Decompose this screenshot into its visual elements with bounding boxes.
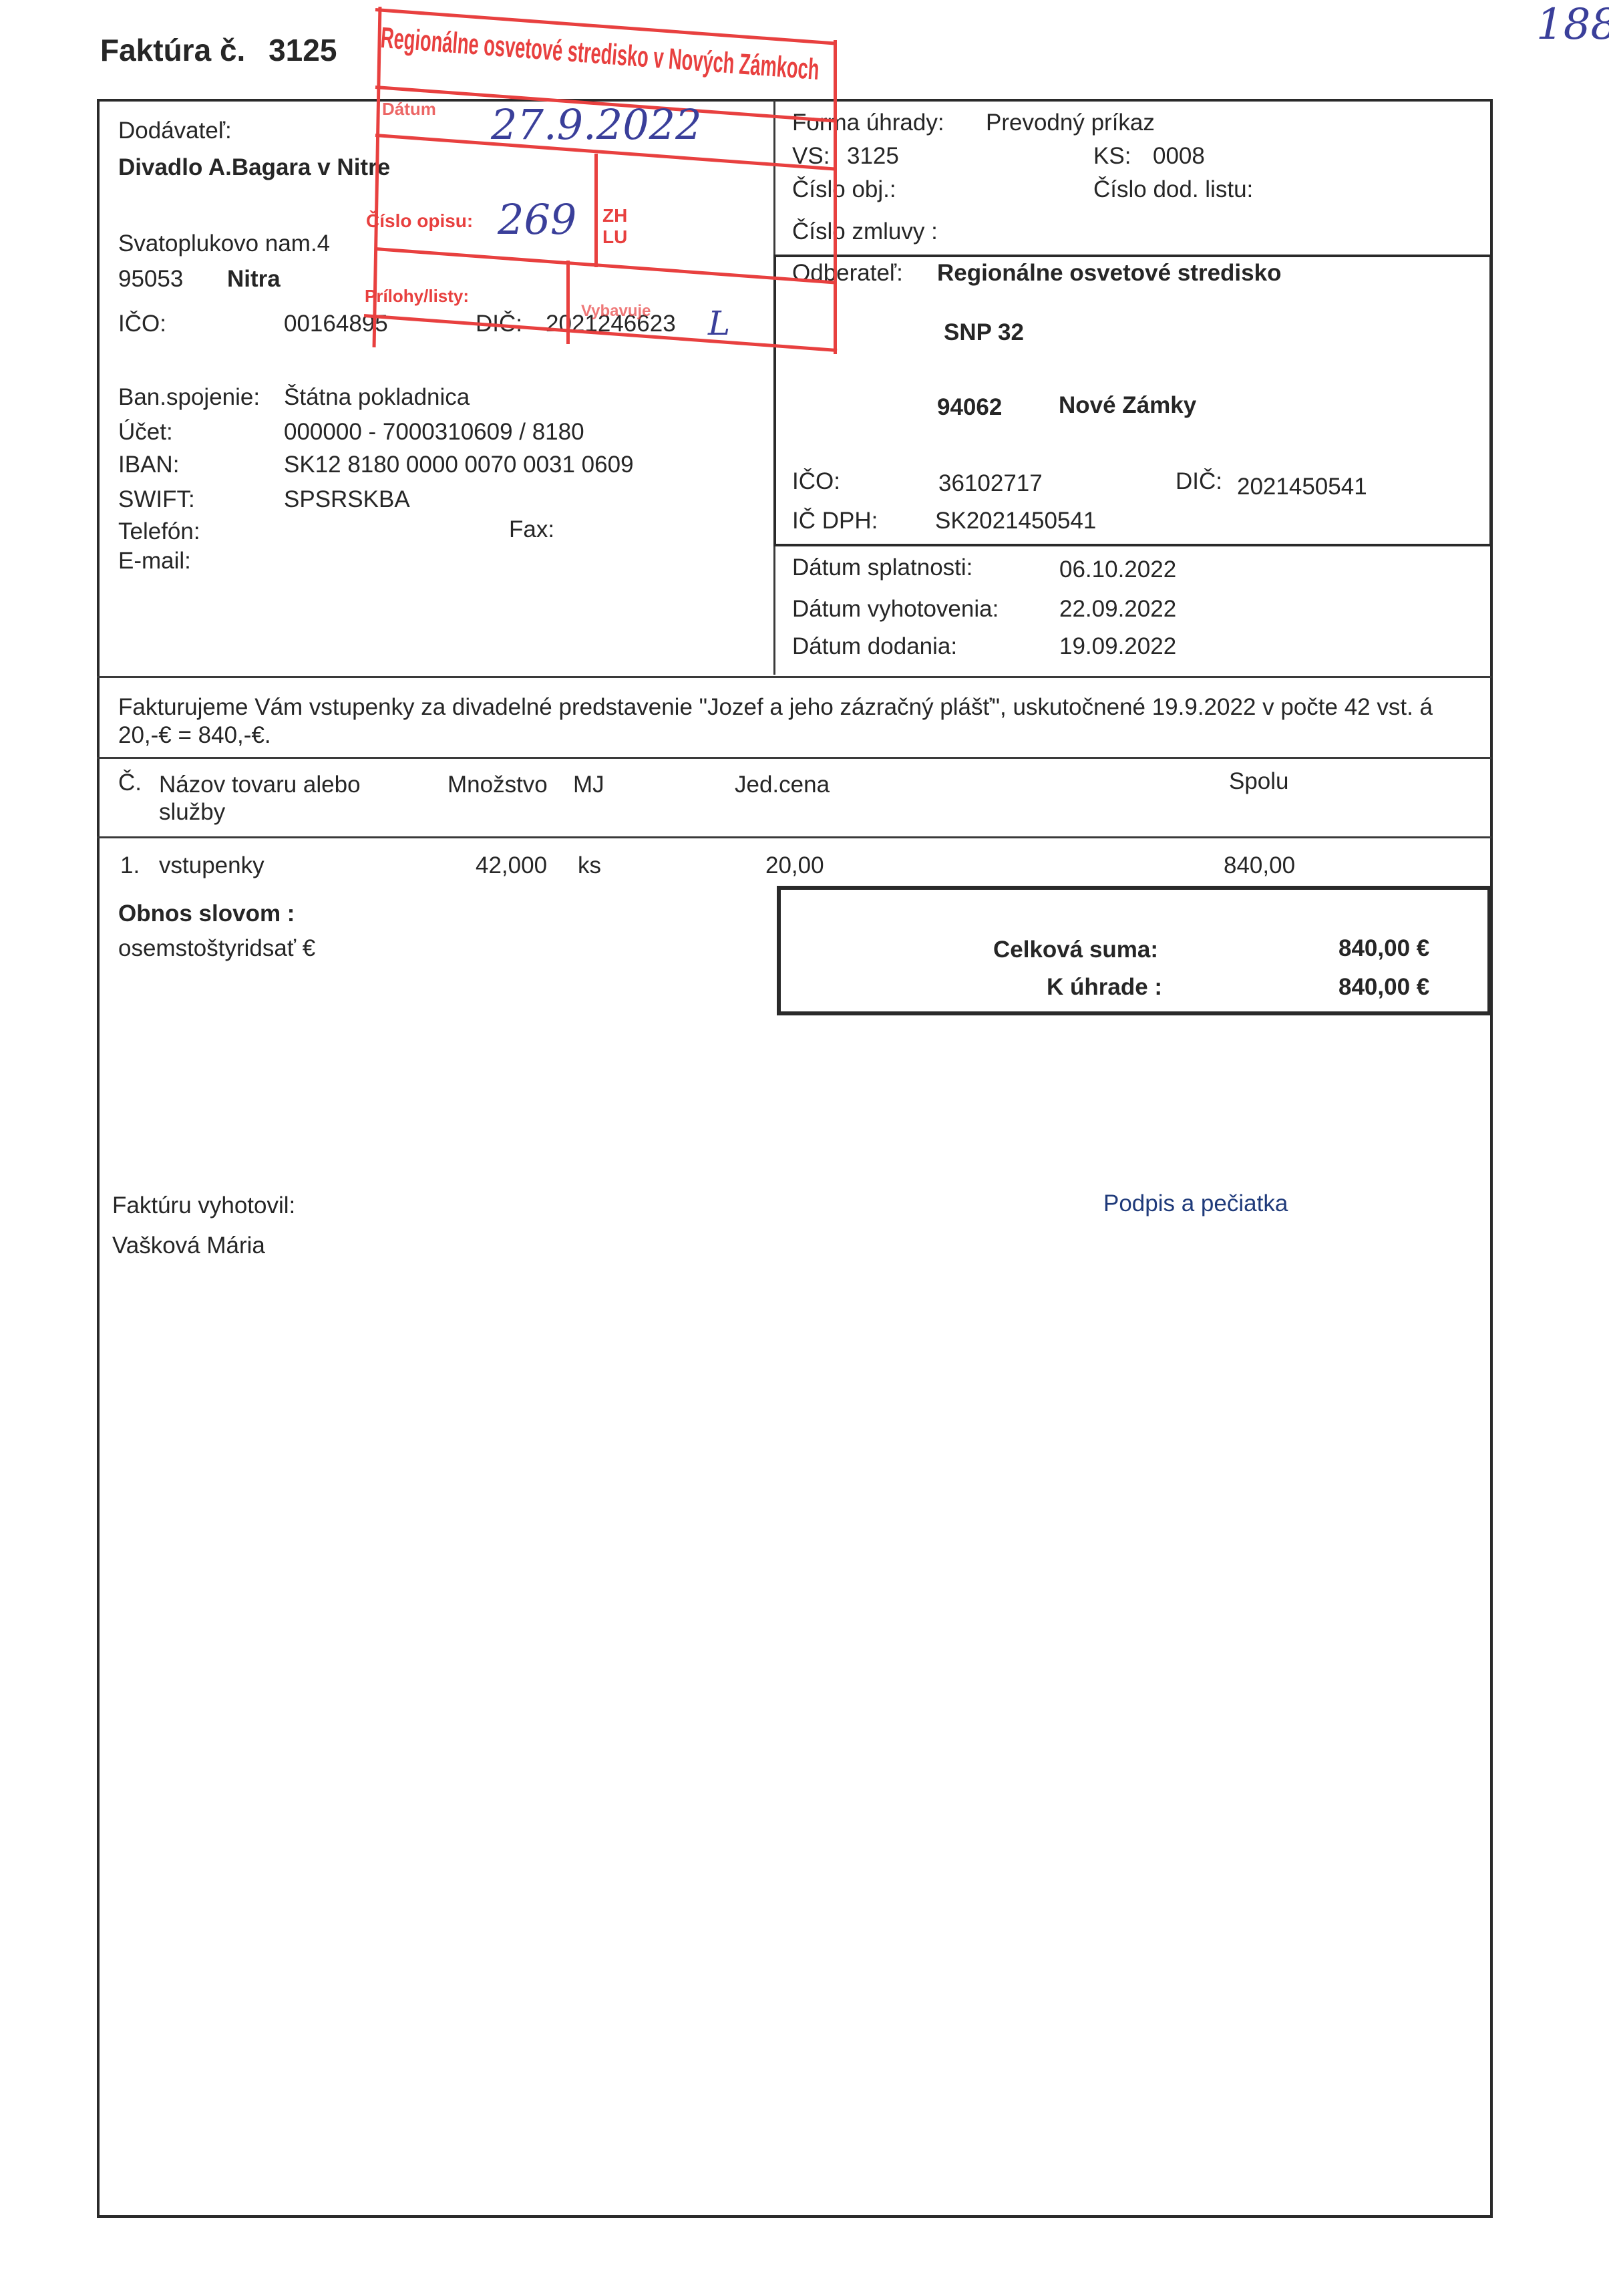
col-header-unit: MJ <box>573 772 604 798</box>
supplier-street: Svatoplukovo nam.4 <box>118 230 330 257</box>
row-qty: 42,000 <box>476 852 547 879</box>
col-header-name: Názov tovaru alebo <box>159 772 361 798</box>
stamp-dept-2: LU <box>602 227 627 247</box>
customer-ico-label: IČO: <box>792 468 840 495</box>
customer-ico: 36102717 <box>938 470 1043 497</box>
col-header-no: Č. <box>118 770 142 796</box>
payment-method: Prevodný príkaz <box>986 110 1155 136</box>
customer-dic-label: DIČ: <box>1176 468 1222 495</box>
col-header-qty: Množstvo <box>448 772 548 798</box>
stamp-handled-handwritten: L <box>708 304 730 343</box>
account-label: Účet: <box>118 419 173 446</box>
swift-value: SPSRSKBA <box>284 486 410 513</box>
customer-icdph-label: IČ DPH: <box>792 508 878 534</box>
issued-by-name: Vašková Mária <box>112 1233 265 1259</box>
customer-icdph: SK2021450541 <box>935 508 1096 534</box>
delivery-note-label: Číslo dod. listu: <box>1093 176 1253 203</box>
stamp-border-right <box>834 40 837 354</box>
due-date: 06.10.2022 <box>1059 556 1176 583</box>
swift-label: SWIFT: <box>118 486 195 513</box>
due-amount-value: 840,00 € <box>1338 974 1429 1001</box>
total-value: 840,00 € <box>1338 935 1429 962</box>
col-header-unit-price: Jed.cena <box>735 772 830 798</box>
invoice-number: 3125 <box>269 33 337 67</box>
phone-label: Telefón: <box>118 518 200 545</box>
col-header-total: Spolu <box>1229 768 1289 795</box>
customer-street: SNP 32 <box>944 319 1024 346</box>
stamp-date-label: Dátum <box>382 99 436 120</box>
due-date-label: Dátum splatnosti: <box>792 554 972 581</box>
customer-name: Regionálne osvetové stredisko <box>937 260 1281 287</box>
customer-zip: 94062 <box>937 394 1002 421</box>
customer-dic: 2021450541 <box>1237 474 1367 500</box>
invoice-title-label: Faktúra č. <box>100 33 245 67</box>
row-name: vstupenky <box>159 852 264 879</box>
col-header-name-2: služby <box>159 799 225 826</box>
account-value: 000000 - 7000310609 / 8180 <box>284 419 584 446</box>
handwritten-page-number: 188 <box>1536 0 1609 49</box>
row-unit: ks <box>578 852 601 879</box>
issue-date-label: Dátum vyhotovenia: <box>792 596 999 623</box>
iban-label: IBAN: <box>118 452 179 478</box>
divider-description <box>97 676 1491 678</box>
delivery-date-label: Dátum dodania: <box>792 633 957 660</box>
ks-label: KS: <box>1093 143 1131 170</box>
supplier-name: Divadlo A.Bagara v Nitre <box>118 154 390 181</box>
supplier-city: Nitra <box>227 266 281 293</box>
due-amount-label: K úhrade : <box>1047 974 1162 1001</box>
vs-value: 3125 <box>847 143 899 170</box>
row-total: 840,00 <box>1224 852 1295 879</box>
customer-city: Nové Zámky <box>1059 392 1196 419</box>
row-unit-price: 20,00 <box>765 852 824 879</box>
stamp-copy-label: Číslo opisu: <box>366 210 473 232</box>
delivery-date: 19.09.2022 <box>1059 633 1176 660</box>
stamp-handled-label: Vybavuje <box>581 302 651 321</box>
ks-value: 0008 <box>1153 143 1205 170</box>
total-label: Celková suma: <box>993 937 1158 963</box>
stamp-inner-divider-2 <box>566 261 570 344</box>
bank-value: Štátna pokladnica <box>284 384 470 411</box>
fax-label: Fax: <box>509 516 554 543</box>
issued-by-label: Faktúru vyhotovil: <box>112 1192 295 1219</box>
email-label: E-mail: <box>118 548 191 575</box>
invoice-description: Fakturujeme Vám vstupenky za divadelné p… <box>118 693 1467 750</box>
order-number-label: Číslo obj.: <box>792 176 896 203</box>
divider-table-header <box>97 757 1491 759</box>
supplier-label: Dodávateľ: <box>118 118 232 144</box>
invoice-title: Faktúra č. 3125 <box>100 32 337 68</box>
amount-words-value: osemstoštyridsať € <box>118 935 315 962</box>
row-no: 1. <box>120 852 140 879</box>
stamp-copy-handwritten: 269 <box>498 195 576 244</box>
divider-table-rows <box>97 836 1491 838</box>
contract-number-label: Číslo zmluvy : <box>792 218 938 245</box>
issue-date: 22.09.2022 <box>1059 596 1176 623</box>
stamp-inner-divider-1 <box>594 154 598 267</box>
signature-label: Podpis a pečiatka <box>1103 1190 1288 1217</box>
supplier-ico-label: IČO: <box>118 311 166 337</box>
customer-label: Odberateľ: <box>792 260 903 287</box>
stamp-date-handwritten: 27.9.2022 <box>491 100 702 149</box>
stamp-dept-1: ZH <box>602 206 627 226</box>
supplier-zip: 95053 <box>118 266 183 293</box>
amount-words-label: Obnos slovom : <box>118 900 295 927</box>
stamp-organization: Regionálne osvetové stredisko v Nových Z… <box>379 21 820 87</box>
iban-value: SK12 8180 0000 0070 0031 0609 <box>284 452 634 478</box>
stamp-attachments-label: Prílohy/listy: <box>365 286 469 307</box>
bank-label: Ban.spojenie: <box>118 384 260 411</box>
payment-method-label: Forma úhrady: <box>792 110 944 136</box>
